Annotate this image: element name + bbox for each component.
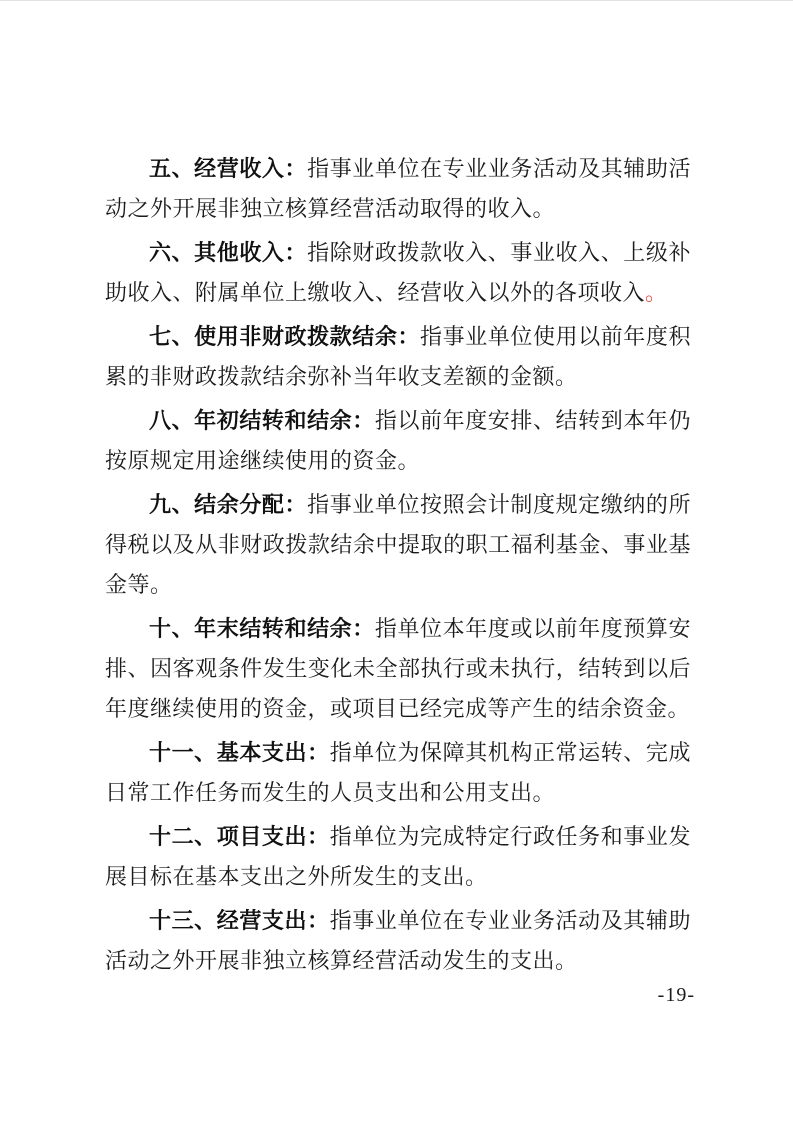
definition-term: 十一、基本支出： <box>149 740 330 765</box>
definition-term: 十三、经营支出： <box>149 908 330 933</box>
definition-paragraph: 十、年末结转和结余：指单位本年度或以前年度预算安排、因客观条件发生变化未全部执行… <box>105 609 691 729</box>
definition-term: 十二、项目支出： <box>149 824 330 849</box>
definition-term: 六、其他收入： <box>149 240 307 265</box>
definition-term: 八、年初结转和结余： <box>149 408 375 433</box>
definition-paragraph: 九、结余分配：指事业单位按照会计制度规定缴纳的所得税以及从非财政拨款结余中提取的… <box>105 485 691 605</box>
definition-term: 五、经营收入： <box>149 156 307 181</box>
document-body: 五、经营收入：指事业单位在专业业务活动及其辅助活动之外开展非独立核算经营活动取得… <box>105 149 691 985</box>
definition-paragraph: 十三、经营支出：指事业单位在专业业务活动及其辅助活动之外开展非独立核算经营活动发… <box>105 901 691 981</box>
definition-term: 九、结余分配： <box>149 492 307 517</box>
definition-paragraph: 七、使用非财政拨款结余：指事业单位使用以前年度积累的非财政拨款结余弥补当年收支差… <box>105 317 691 397</box>
definition-paragraph: 六、其他收入：指除财政拨款收入、事业收入、上级补助收入、附属单位上缴收入、经营收… <box>105 233 691 313</box>
definition-term: 十、年末结转和结余： <box>149 616 375 641</box>
document-page: 五、经营收入：指事业单位在专业业务活动及其辅助活动之外开展非独立核算经营活动取得… <box>0 0 793 1122</box>
definition-paragraph: 五、经营收入：指事业单位在专业业务活动及其辅助活动之外开展非独立核算经营活动取得… <box>105 149 691 229</box>
definition-paragraph: 十二、项目支出：指单位为完成特定行政任务和事业发展目标在基本支出之外所发生的支出… <box>105 817 691 897</box>
red-punctuation: 。 <box>645 280 668 305</box>
definition-term: 七、使用非财政拨款结余： <box>149 324 420 349</box>
definition-paragraph: 八、年初结转和结余：指以前年度安排、结转到本年仍按原规定用途继续使用的资金。 <box>105 401 691 481</box>
definition-paragraph: 十一、基本支出：指单位为保障其机构正常运转、完成日常工作任务而发生的人员支出和公… <box>105 733 691 813</box>
page-number: -19- <box>658 984 695 1007</box>
